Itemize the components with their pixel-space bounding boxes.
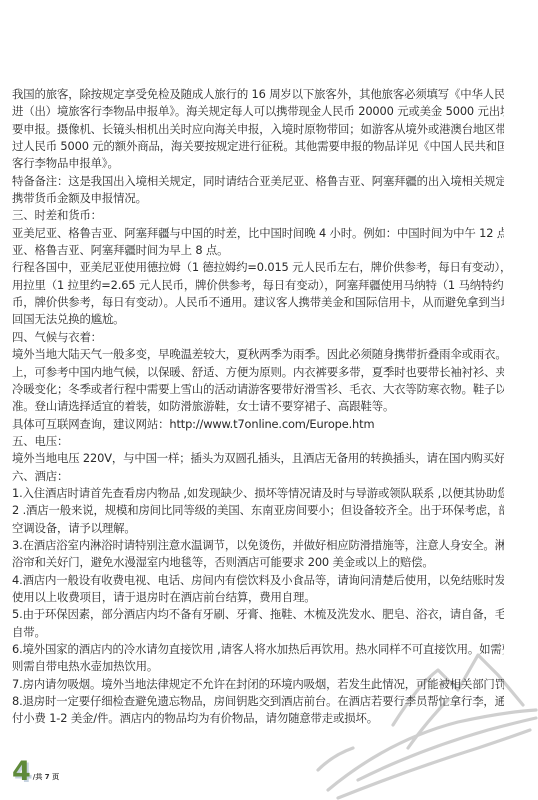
section-heading-hotel: 六、酒店： (12, 468, 504, 485)
text-line: 准。登山请选择适宜的着装，如防滑旅游鞋，女士请不要穿裙子、高跟鞋等。 (12, 398, 504, 415)
hotel-item-6: 6.境外国家的酒店内的冷水请勿直接饮用 ,请客人将水加热后再饮用。热水同样不可直… (12, 641, 504, 658)
hotel-item-4: 4.酒店内一般设有收费电视、电话、房间内有偿饮料及小食品等，请询问清楚后使用，以… (12, 572, 504, 589)
text-line: 我国的旅客，除按规定享受免检及随成人旅行的 16 周岁以下旅客外，其他旅客必须填… (12, 86, 504, 103)
hotel-item-8: 8.退房时一定要仔细检查避免遗忘物品，房间钥匙交到酒店前台。在酒店若要行李员帮忙… (12, 693, 504, 710)
text-line: 币，牌价供参考，每日有变动）。人民币不通用。建议客人携带美金和国际信用卡，从而避… (12, 294, 504, 311)
hotel-item-5: 5.由于环保因素，部分酒店内均不备有牙刷、牙膏、拖鞋、木梳及洗发水、肥皂、浴衣，… (12, 606, 504, 623)
text-line: 回国无法兑换的尴尬。 (12, 311, 504, 328)
document-body: 我国的旅客，除按规定享受免检及随成人旅行的 16 周岁以下旅客外，其他旅客必须填… (12, 86, 504, 728)
hotel-item-7: 7.房内请勿吸烟。境外当地法律规定不允许在封闭的环境内吸烟，若发生此情况，可能被… (12, 676, 504, 693)
hotel-item-2: 2 .酒店一般来说，规模和房间比同等级的美国、东南亚房间要小；但设备较齐全。出于… (12, 502, 504, 519)
website-reference-line: 具体可互联网查询，建议网站：http://www.t7online.com/Eu… (12, 416, 504, 433)
text-line: 进（出）境旅客行李物品申报单》。海关规定每人可以携带现金人民币 20000 元或… (12, 103, 504, 120)
page-number: 4 /共 7 页 (12, 758, 59, 785)
text-line: 境外当地大陆天气一般多变，早晚温差较大，夏秋两季为雨季。因此必须随身携带折叠雨伞… (12, 346, 504, 363)
text-line: 自带。 (12, 624, 504, 641)
section-heading-voltage: 五、电压： (12, 433, 504, 450)
document-page: 我国的旅客，除按规定享受免检及随成人旅行的 16 周岁以下旅客外，其他旅客必须填… (0, 0, 538, 800)
text-line: 上，可参考中国内地气候，以保暖、舒适、方便为原则。内衣裤要多带，夏季时也要带长袖… (12, 364, 504, 381)
text-line: 亚、格鲁吉亚、阿塞拜疆时间为早上 8 点。 (12, 242, 504, 259)
text-line: 浴帘和关好门，避免水漫湿室内地毯等，否则酒店可能要求 200 美金或以上的赔偿。 (12, 554, 504, 571)
hotel-item-3: 3.在酒店浴室内淋浴时请特别注意水温调节，以免烫伤，并做好相应防滑措施等，注意人… (12, 537, 504, 554)
section-heading-climate: 四、气候与衣着： (12, 329, 504, 346)
text-line: 使用以上收费项目，请于退房时在酒店前台结算，费用自理。 (12, 589, 504, 606)
section-heading-time-currency: 三、时差和货币： (12, 207, 504, 224)
text-line: 亚美尼亚、格鲁吉亚、阿塞拜疆与中国的时差，比中国时间晚 4 小时。例如：中国时间… (12, 225, 504, 242)
text-line: 境外当地电压 220V，与中国一样；插头为双圆孔插头，且酒店无备用的转换插头，请… (12, 450, 504, 467)
text-line: 则需自带电热水壶加热饮用。 (12, 658, 504, 675)
current-page-number: 4 (12, 758, 31, 785)
text-line: 付小费 1-2 美金/件。酒店内的物品均为有价物品，请勿随意带走或损坏。 (12, 710, 504, 727)
hotel-item-1: 1.入住酒店时请首先查看房内物品 ,如发现缺少、损坏等情况请及时与导游或领队联系… (12, 485, 504, 502)
special-note-line: 特备备注：这是我国出入境相关规定，同时请结合亚美尼亚、格鲁吉亚、阿塞拜疆的出入境… (12, 173, 504, 190)
text-line: 要申报。摄像机、长镜头相机出关时应向海关申报，入境时原物带回；如游客从境外或港澳… (12, 121, 504, 138)
text-line: 用拉里（1 拉里约=2.65 元人民币，牌价供参考，每日有变动），阿塞拜疆使用马… (12, 277, 504, 294)
text-line: 客行李物品申报单》。 (12, 155, 504, 172)
total-pages-label: /共 7 页 (33, 772, 59, 782)
text-line: 冷暖变化；冬季或者行程中需要上雪山的活动请游客要带好滑雪衫、毛衣、大衣等防寒衣物… (12, 381, 504, 398)
text-line: 行程各国中，亚美尼亚使用德拉姆（1 德拉姆约=0.015 元人民币左右，牌价供参… (12, 259, 504, 276)
text-line: 空调设备，请予以理解。 (12, 520, 504, 537)
text-line: 过人民币 5000 元的额外商品，海关要按规定进行征税。其他需要申报的物品详见《… (12, 138, 504, 155)
text-line: 携带货币金额及申报情况。 (12, 190, 504, 207)
